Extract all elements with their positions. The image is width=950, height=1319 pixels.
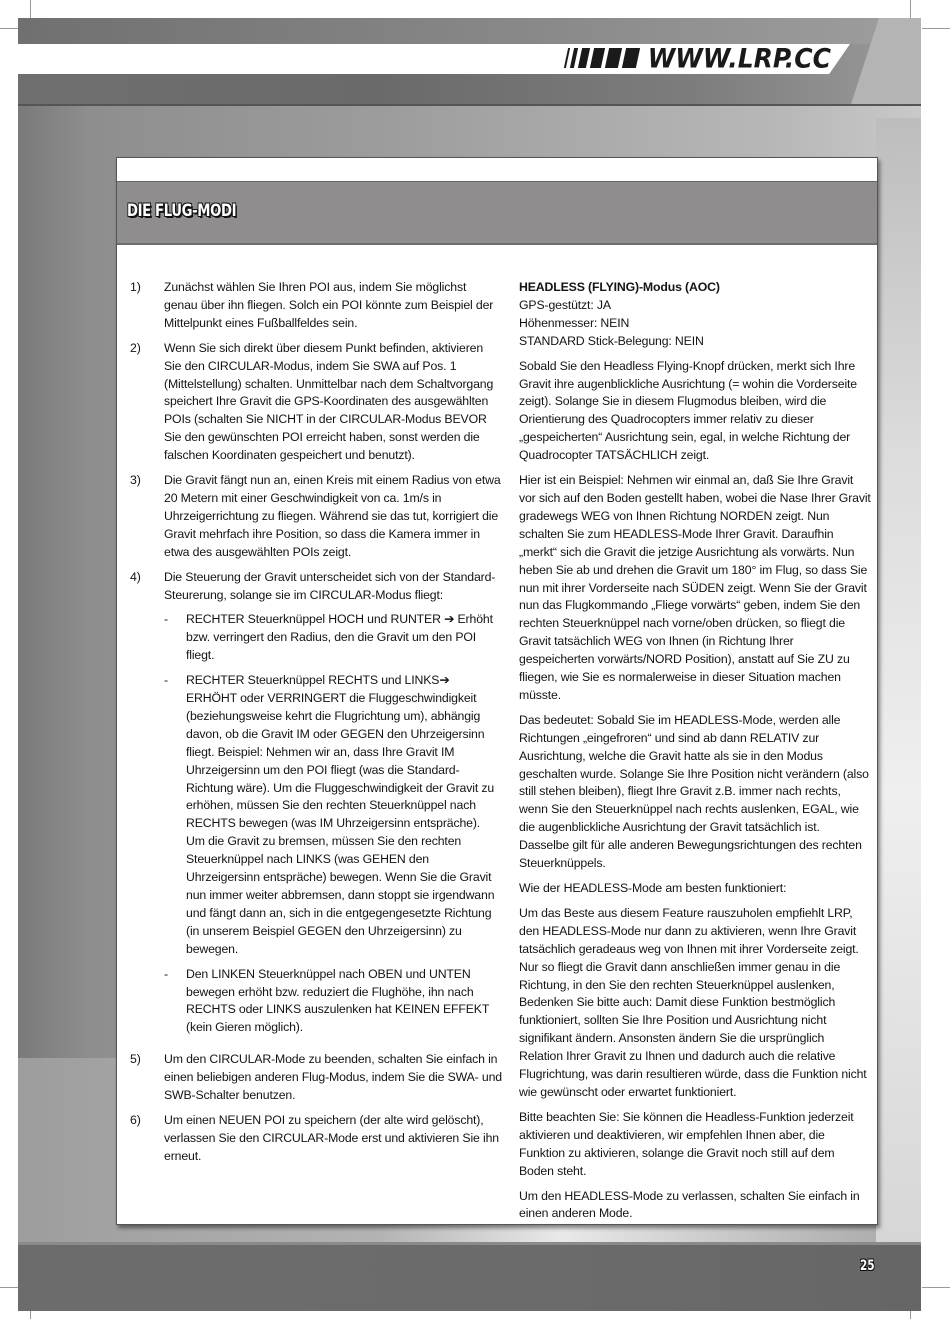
- subheading: Wie der HEADLESS-Mode am besten funktion…: [519, 880, 871, 898]
- crop-mark: [922, 1287, 950, 1288]
- content-box: DIE FLUG-MODI 1) Zunächst wählen Sie Ihr…: [116, 157, 878, 1225]
- list-text: Die Gravit fängt nun an, einen Kreis mit…: [164, 472, 502, 562]
- list-text: Die Steuerung der Gravit unterscheidet s…: [164, 570, 495, 602]
- sub-list-item: - Den LINKEN Steuerknüppel nach OBEN und…: [164, 966, 502, 1038]
- list-item: 6) Um einen NEUEN POI zu speichern (der …: [130, 1112, 502, 1166]
- crop-mark: [30, 0, 31, 18]
- list-number: 5): [130, 1051, 164, 1105]
- left-column: 1) Zunächst wählen Sie Ihren POI aus, in…: [130, 279, 502, 1173]
- paragraph: Bitte beachten Sie: Sie können die Headl…: [519, 1109, 871, 1181]
- page-frame: WWW.LRP.CC DIE FLUG-MODI 1) Zunächst wäh…: [18, 18, 921, 1308]
- sub-list-text: Den LINKEN Steuerknüppel nach OBEN und U…: [186, 966, 502, 1038]
- section-header: DIE FLUG-MODI: [117, 181, 877, 245]
- page-number: 25: [860, 1258, 875, 1274]
- right-column: HEADLESS (FLYING)-Modus (AOC) GPS-gestüt…: [519, 279, 871, 1230]
- lrp-logo: WWW.LRP.CC: [566, 43, 831, 73]
- spec-stick-mapping: STANDARD Stick-Belegung: NEIN: [519, 334, 704, 348]
- logo-bar-icon: [590, 48, 605, 68]
- list-item: 1) Zunächst wählen Sie Ihren POI aus, in…: [130, 279, 502, 333]
- website-url[interactable]: WWW.LRP.CC: [648, 43, 831, 73]
- list-text: Wenn Sie sich direkt über diesem Punkt b…: [164, 340, 502, 465]
- spec-altimeter: Höhenmesser: NEIN: [519, 316, 629, 330]
- list-number: 1): [130, 279, 164, 333]
- list-item: 3) Die Gravit fängt nun an, einen Kreis …: [130, 472, 502, 562]
- list-item: 2) Wenn Sie sich direkt über diesem Punk…: [130, 340, 502, 465]
- paragraph: Um das Beste aus diesem Feature rauszuho…: [519, 905, 871, 1102]
- sub-list-item: - RECHTER Steuerknüppel HOCH und RUNTER …: [164, 611, 502, 665]
- logo-bar-icon: [570, 48, 578, 68]
- sub-list-item: - RECHTER Steuerknüppel RECHTS und LINKS…: [164, 672, 502, 959]
- paragraph: Um den HEADLESS-Mode zu verlassen, schal…: [519, 1188, 871, 1224]
- banner-top-band: [18, 18, 921, 44]
- crop-mark: [922, 28, 950, 29]
- logo-bar-icon: [578, 48, 590, 68]
- paragraph: Das bedeutet: Sobald Sie im HEADLESS-Mod…: [519, 712, 871, 873]
- section-title: DIE FLUG-MODI: [127, 201, 236, 221]
- paragraph: Hier ist ein Beispiel: Nehmen wir einmal…: [519, 472, 871, 705]
- dash-bullet: -: [164, 611, 186, 665]
- crop-mark: [910, 0, 911, 18]
- sub-list-text: RECHTER Steuerknüppel HOCH und RUNTER ➔ …: [186, 611, 502, 665]
- list-item: 5) Um den CIRCULAR-Mode zu beenden, scha…: [130, 1051, 502, 1105]
- footer-bar: 25: [18, 1242, 921, 1311]
- dash-bullet: -: [164, 672, 186, 959]
- list-number: 4): [130, 569, 164, 1045]
- paragraph: Sobald Sie den Headless Flying-Knopf drü…: [519, 358, 871, 465]
- crop-mark: [0, 28, 18, 29]
- list-number: 2): [130, 340, 164, 465]
- mode-title: HEADLESS (FLYING)-Modus (AOC): [519, 280, 720, 294]
- sub-list-text: RECHTER Steuerknüppel RECHTS und LINKS➔ …: [186, 672, 502, 959]
- dash-bullet: -: [164, 966, 186, 1038]
- list-number: 6): [130, 1112, 164, 1166]
- logo-bar-icon: [605, 48, 622, 68]
- list-text: Zunächst wählen Sie Ihren POI aus, indem…: [164, 279, 502, 333]
- list-item: 4) Die Steuerung der Gravit unterscheide…: [130, 569, 502, 1045]
- logo-bar-icon: [622, 48, 640, 68]
- frame-right-panel: [876, 118, 921, 1242]
- list-text: Um einen NEUEN POI zu speichern (der alt…: [164, 1112, 502, 1166]
- list-number: 3): [130, 472, 164, 562]
- spec-gps: GPS-gestützt: JA: [519, 298, 611, 312]
- list-text: Um den CIRCULAR-Mode zu beenden, schalte…: [164, 1051, 502, 1105]
- crop-mark: [0, 1287, 18, 1288]
